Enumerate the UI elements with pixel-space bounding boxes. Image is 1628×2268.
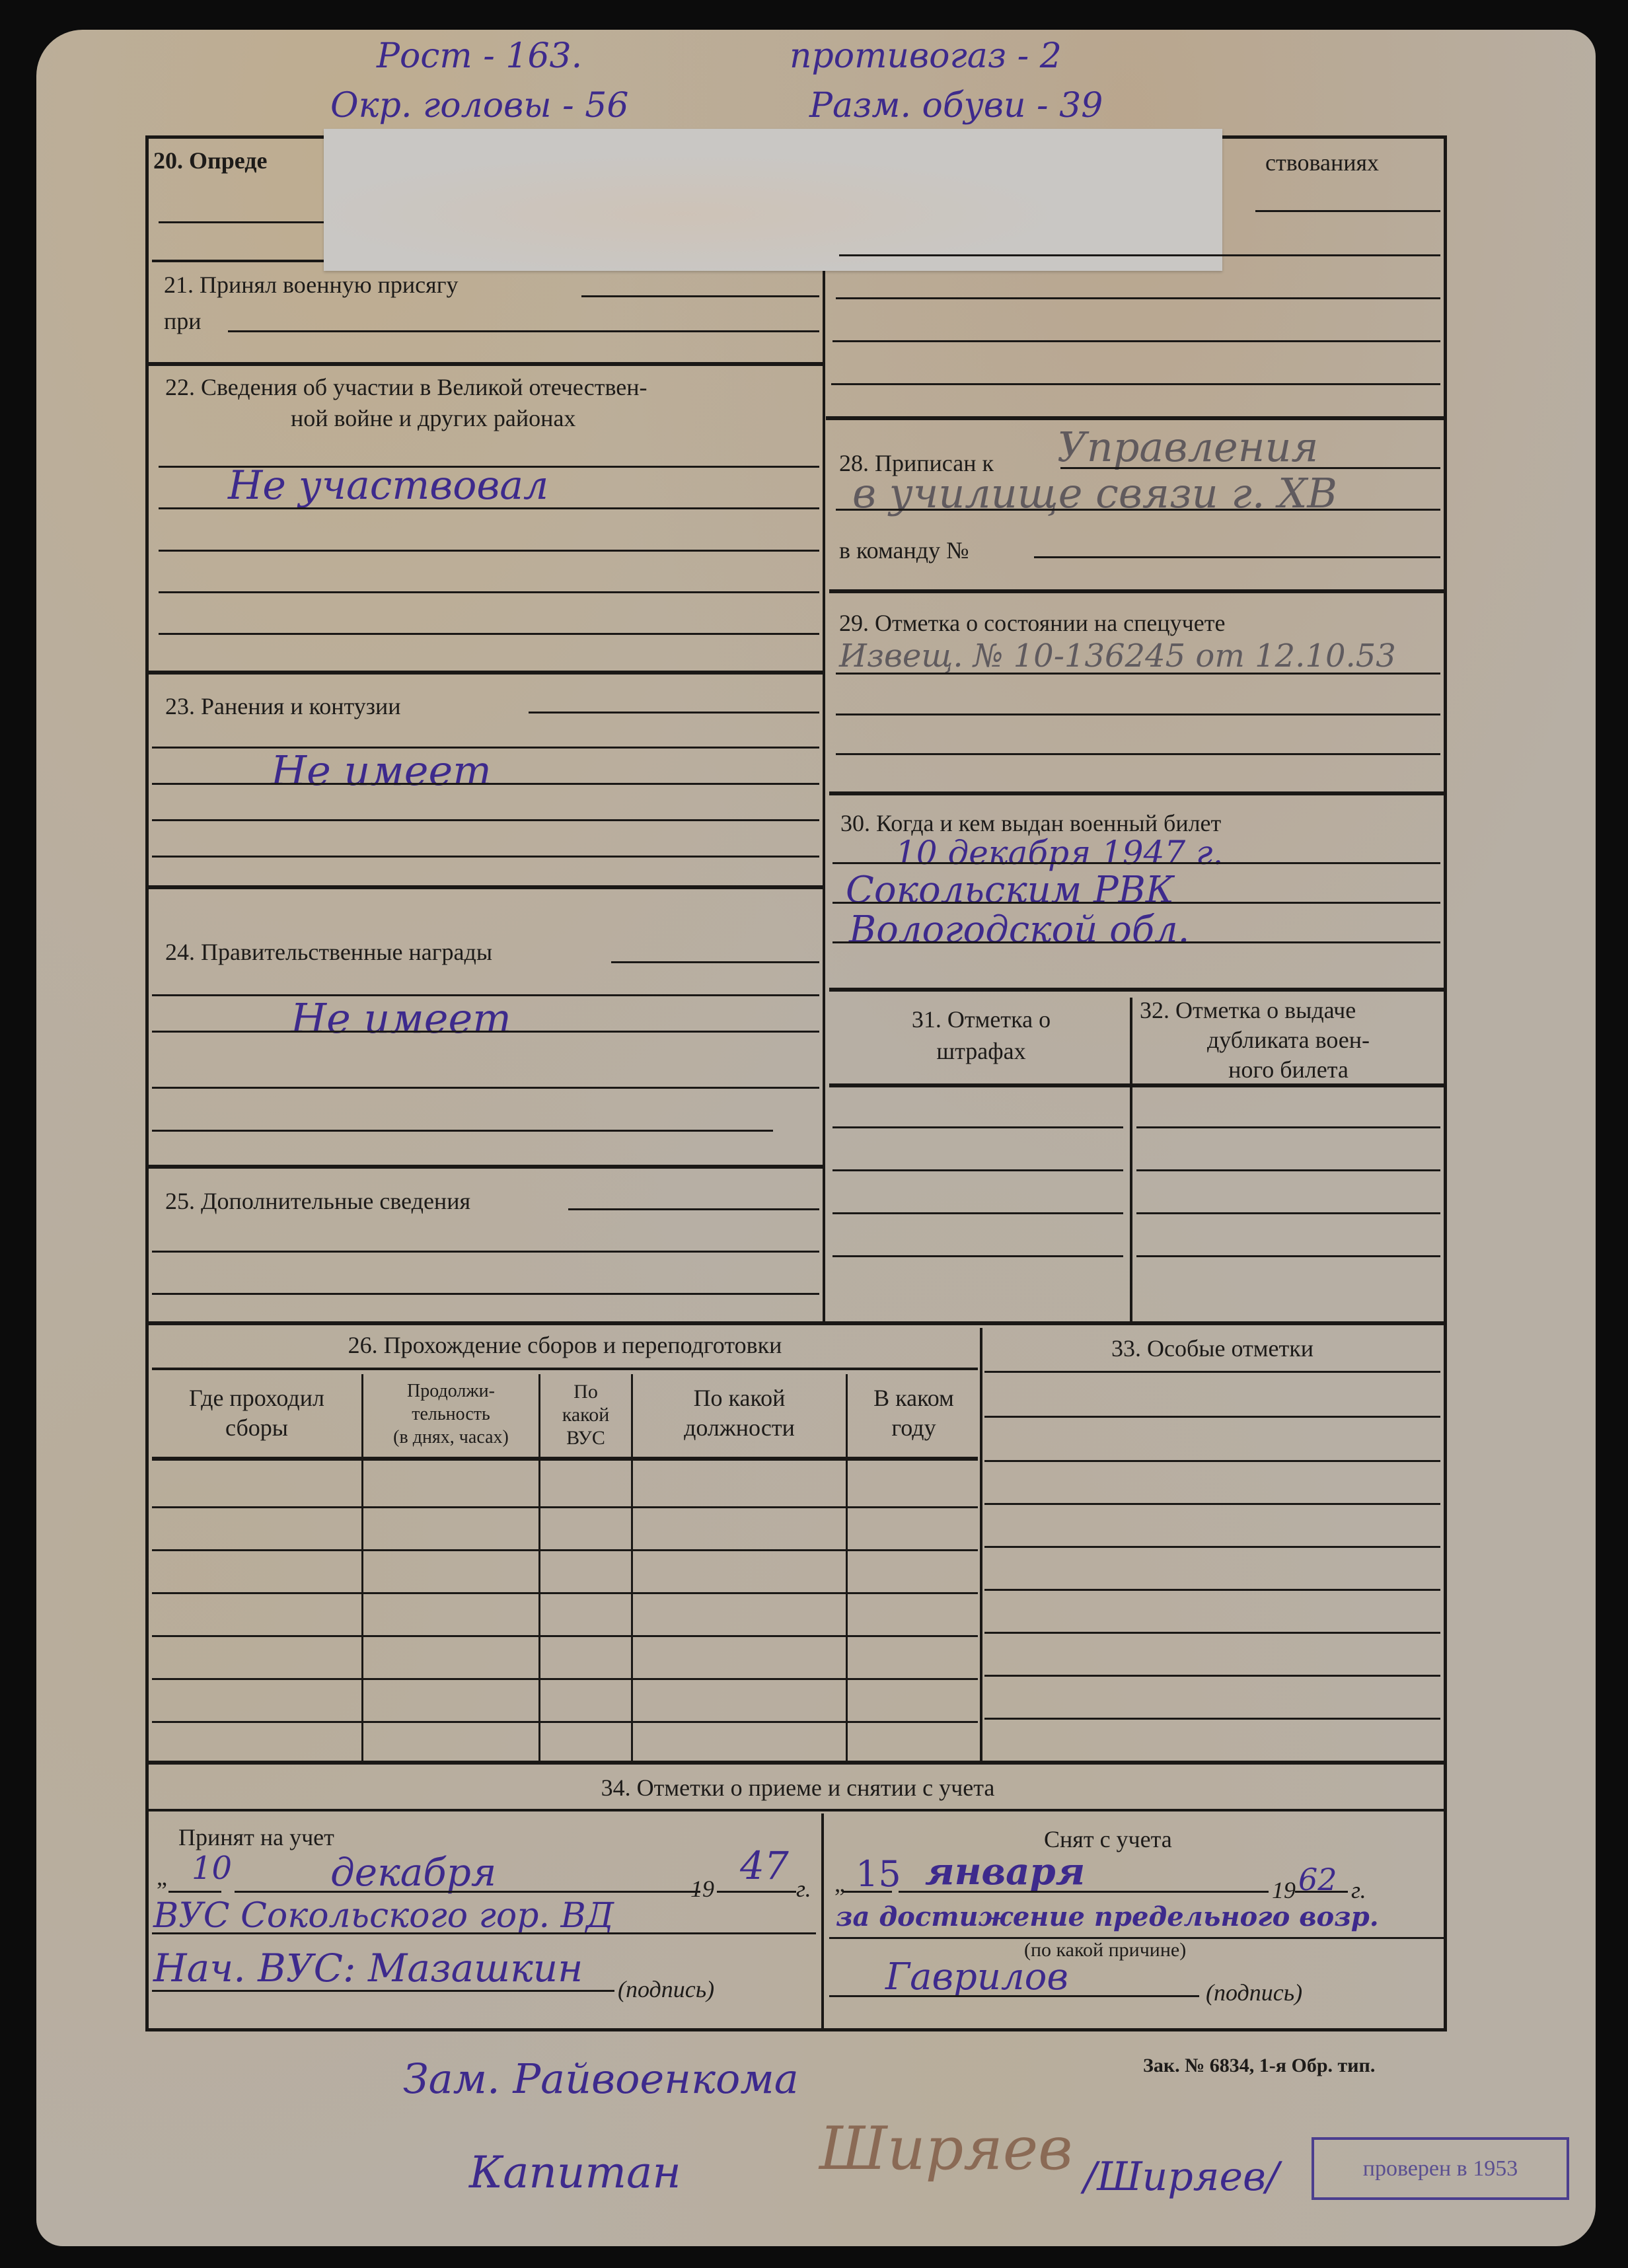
s32-line2: дубликата воен- [1133,1026,1444,1054]
column-divider [1130,998,1132,1321]
s34-removed-year-prefix: 19 [1272,1876,1296,1904]
rule [831,383,1440,385]
s26-title: 26. Прохождение сборов и переподготовки [152,1331,978,1359]
note-gas-mask: противогаз - 2 [790,36,1062,76]
rule [152,1087,819,1089]
rule [984,1416,1440,1418]
rule [984,1589,1440,1591]
rank-caption: Капитан [469,2147,681,2198]
s26-col3-line1: По [540,1381,631,1403]
commissar-name: /Ширяев/ [1084,2154,1279,2200]
s34-removed-label: Снят с учета [1044,1825,1172,1853]
rule [235,1891,700,1893]
s22-label-line1: 22. Сведения об участии в Великой отечес… [165,373,647,401]
rule [159,591,819,593]
s28-value-line1: Управления [1057,423,1318,471]
deputy-title: Зам. Райвоенкома [403,2055,799,2103]
rule [984,1632,1440,1634]
rule [149,362,823,366]
rule [829,791,1444,795]
rule [984,1460,1440,1462]
rule [836,753,1440,755]
s26-col5-line2: году [848,1414,980,1442]
rule [1136,1212,1440,1214]
s25-label: 25. Дополнительные сведения [165,1187,470,1215]
s26-col2-line2: тельность [363,1404,538,1425]
s29-label: 29. Отметка о состоянии на спецучете [839,609,1225,637]
s26-col4-line2: должности [633,1414,846,1442]
commissar-signature: Ширяев [819,2114,1073,2183]
s24-value: Не имеет [291,994,511,1043]
rule [152,1031,819,1033]
s34-accepted-year-suffix: г. [796,1875,811,1903]
rule [152,819,819,821]
table-row-rule [152,1678,978,1680]
rule [152,1457,978,1461]
rule [984,1718,1440,1720]
s23-value: Не имеет [271,747,492,795]
rule [836,297,1440,299]
rule [717,1891,796,1893]
rule [984,1546,1440,1548]
s32-line3: ного билета [1133,1056,1444,1083]
s34-accepted-year: 47 [740,1843,789,1888]
s26-col2-line1: Продолжи- [363,1381,538,1402]
s20-label: 20. Опреде [153,147,267,174]
rule [149,1321,1447,1325]
rule [832,340,1440,342]
rule [832,941,1440,943]
s30-value-line2: Сокольским РВК [846,869,1174,912]
rule [149,1165,823,1169]
s34-accepted-sign-caption: (подпись) [618,1975,714,2003]
note-head-circumference: Окр. головы - 56 [330,86,628,126]
s26-col1-line1: Где проходил [152,1384,361,1412]
rule [152,1368,978,1370]
s30-label: 30. Когда и кем выдан военный билет [840,809,1221,837]
rule [149,1809,1447,1811]
note-height: Рост - 163. [377,36,582,76]
verification-stamp: проверен в 1953 [1312,2137,1569,2200]
rule [159,507,819,509]
rule [984,1371,1440,1373]
s34-removed-signature: Гаврилов [885,1956,1068,1998]
column-divider [823,228,825,1321]
rule [152,1251,819,1253]
rule [159,633,819,635]
rule [228,330,819,332]
s21-sub: при [164,307,202,335]
s34-accepted-signer: Нач. ВУС: Мазашкин [153,1946,583,1991]
quote-mark: „ [834,1870,845,1897]
rule [149,671,823,675]
rule [829,988,1444,992]
quote-mark: „ [157,1863,167,1891]
s28-team-label: в команду № [839,536,969,564]
rule [159,550,819,552]
rule [836,673,1440,675]
rule [149,1761,1447,1765]
print-info: Зак. № 6834, 1-я Обр. тип. [1143,2055,1375,2077]
note-shoe-size: Разм. обуви - 39 [809,86,1103,126]
s34-removed-reason: за достижение предельного возр. [836,1901,1379,1932]
table-row-rule [152,1635,978,1637]
s34-accepted-year-prefix: 19 [690,1875,714,1903]
s34-removed-sign-caption: (подпись) [1206,1979,1302,2006]
rule [152,783,819,785]
rule [842,1891,892,1893]
s24-label: 24. Правительственные награды [165,938,492,966]
rule [836,713,1440,715]
rule [829,1995,1199,1997]
s20-label-tail: ствованиях [1265,149,1379,176]
pasted-paper-patch [324,129,1222,271]
s32-line1: 32. Отметка о выдаче [1140,996,1356,1024]
rule [152,856,819,858]
rule [832,1169,1123,1171]
rule [1295,1891,1348,1893]
rule [839,254,1440,256]
table-row-rule [152,1592,978,1594]
rule [1136,1169,1440,1171]
rule [168,1891,221,1893]
rule [832,1212,1123,1214]
s34-accepted-label: Принят на учет [178,1823,334,1851]
rule [829,1083,1444,1087]
column-divider [821,1813,824,2031]
s31-line1: 31. Отметка о [832,1006,1130,1033]
s34-removed-year-suffix: г. [1351,1876,1366,1904]
s26-col4-line1: По какой [633,1384,846,1412]
s26-col2-line3: (в днях, часах) [363,1427,538,1448]
s22-value: Не участвовал [228,462,548,509]
rule [1136,1126,1440,1128]
rule [1034,556,1440,558]
table-row-rule [152,1721,978,1723]
s33-label: 33. Особые отметки [984,1335,1440,1362]
s26-col3-line2: какой [540,1404,631,1426]
s30-value-line3: Вологодской обл. [849,908,1189,951]
rule [152,1130,773,1132]
table-row-rule [152,1506,978,1508]
s34-removed-month: января [925,1850,1085,1893]
rule [826,416,1444,420]
rule [832,1255,1123,1257]
rule [832,902,1440,904]
rule [611,961,819,963]
rule [152,1990,614,1992]
s34-accepted-day: 10 [192,1850,232,1887]
rule [568,1208,819,1210]
s26-col5-line1: В каком [848,1384,980,1412]
rule [829,589,1444,593]
s34-title: 34. Отметки о приеме и снятии с учета [149,1774,1447,1802]
s21-label: 21. Принял военную присягу [164,271,458,299]
table-row-rule [152,1549,978,1551]
rule [984,1675,1440,1677]
s34-accepted-month: декабря [330,1850,496,1895]
rule [149,885,823,889]
rule [899,1891,1269,1893]
rule [1136,1255,1440,1257]
s31-line2: штрафах [832,1037,1130,1065]
s22-label-line2: ной войне и других районах [291,404,575,432]
s30-value-line1: 10 декабря 1947 г. [895,834,1223,872]
s26-col3-line3: ВУС [540,1427,631,1449]
rule [581,295,819,297]
s34-accepted-office: ВУС Сокольского гор. ВД [153,1896,614,1936]
s34-removed-day: 15 [856,1853,901,1895]
rule [1255,210,1440,212]
s26-col1-line2: сборы [152,1414,361,1442]
column-divider [980,1328,982,1764]
rule [529,712,819,713]
rule [832,862,1440,864]
rule [832,1126,1123,1128]
rule [152,1293,819,1295]
rule [836,509,1440,511]
s23-label: 23. Ранения и контузии [165,692,401,720]
rule [984,1503,1440,1505]
s29-value: Извещ. № 10-136245 от 12.10.53 [839,638,1396,675]
rule [152,1932,816,1934]
